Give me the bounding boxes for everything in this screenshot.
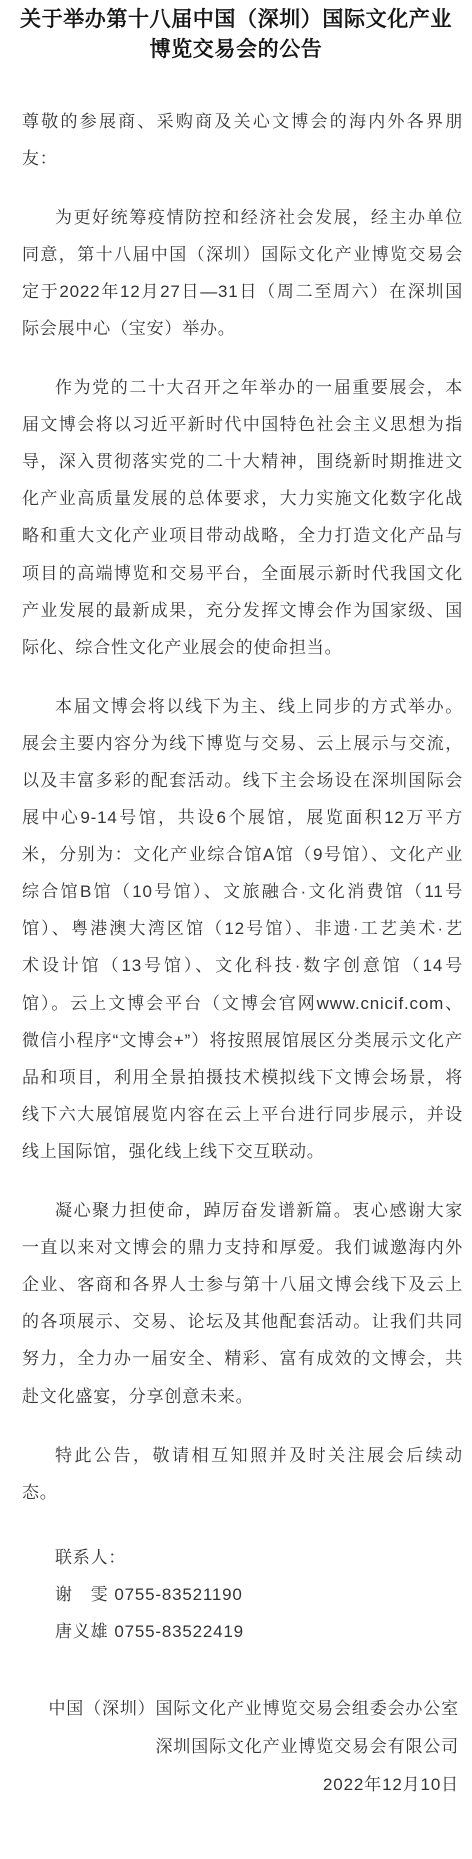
text-line: 展会主要内容分为线下博览与交易、云上展示与交流， bbox=[22, 725, 463, 762]
text-line: 友： bbox=[22, 140, 463, 177]
title-line: 关于举办第十八届中国（深圳）国际文化产业 bbox=[0, 5, 472, 35]
text-line: 略和重大文化产业项目带动战略，全力打造文化产品与 bbox=[22, 517, 463, 554]
contacts-label: 联系人： bbox=[55, 1539, 463, 1576]
text-line: 的各项展示、交易、论坛及其他配套活动。让我们共同 bbox=[22, 1303, 463, 1340]
text-line: 馆）、粤港澳大湾区馆（12号馆）、非遗·工艺美术·艺 bbox=[22, 910, 463, 947]
announcement-page: 关于举办第十八届中国（深圳）国际文化产业 博览交易会的公告 尊敬的参展商、采购商… bbox=[0, 0, 472, 1859]
salutation: 尊敬的参展商、采购商及关心文博会的海内外各界朋 友： bbox=[22, 103, 463, 177]
signature-company: 深圳国际文化产业博览交易会有限公司 bbox=[22, 1728, 459, 1766]
paragraph-format-and-halls: 本届文博会将以线下为主、线上同步的方式举办。 展会主要内容分为线下博览与交易、云… bbox=[22, 688, 463, 1170]
text-line: 努力，全力办一届安全、精彩、富有成效的文博会，共 bbox=[22, 1340, 463, 1377]
contact-row: 唐义雄0755-83522419 bbox=[55, 1613, 463, 1650]
text-line: 项目的高端博览和交易平台，全面展示新时代我国文化 bbox=[22, 555, 463, 592]
text-line: 线下六大展馆展览内容在云上平台进行同步展示，并设 bbox=[22, 1096, 463, 1133]
text-line: 定于2022年12月27日—31日（周二至周六）在深圳国 bbox=[22, 273, 463, 310]
signature-date: 2022年12月10日 bbox=[22, 1766, 459, 1804]
text-line: 微信小程序“文博会+”）将按照展馆展区分类展示文化产 bbox=[22, 1022, 463, 1059]
contact-phone: 0755-83521190 bbox=[114, 1585, 242, 1604]
title-line: 博览交易会的公告 bbox=[0, 35, 472, 65]
text-line: 同意，第十八届中国（深圳）国际文化产业博览交易会 bbox=[22, 236, 463, 273]
text-line: 产业发展的最新成果，充分发挥文博会作为国家级、国 bbox=[22, 592, 463, 629]
text-line: 凝心聚力担使命，踔厉奋发谱新篇。衷心感谢大家 bbox=[22, 1192, 463, 1229]
text-line: 化产业高质量发展的总体要求，大力实施文化数字化战 bbox=[22, 480, 463, 517]
contact-name: 唐义雄 bbox=[55, 1622, 108, 1641]
text-line: 际化、综合性文化产业展会的使命担当。 bbox=[22, 629, 463, 666]
paragraph-invitation: 凝心聚力担使命，踔厉奋发谱新篇。衷心感谢大家 一直以来对文博会的鼎力支持和厚爱。… bbox=[22, 1192, 463, 1415]
text-line: 企业、客商和各界人士参与第十八届文博会线下及云上 bbox=[22, 1266, 463, 1303]
text-line: 线上国际馆，强化线上线下交互联动。 bbox=[22, 1133, 463, 1170]
contact-phone: 0755-83522419 bbox=[114, 1622, 244, 1641]
contacts-block: 联系人： 谢 雯0755-83521190 唐义雄0755-83522419 bbox=[22, 1539, 463, 1650]
text-line: 综合馆B馆（10号馆）、文旅融合·文化消费馆（11号 bbox=[22, 873, 463, 910]
text-line: 尊敬的参展商、采购商及关心文博会的海内外各界朋 bbox=[22, 103, 463, 140]
text-line: 本届文博会将以线下为主、线上同步的方式举办。 bbox=[22, 688, 463, 725]
text-line: 米，分别为：文化产业综合馆A馆（9号馆）、文化产业 bbox=[22, 836, 463, 873]
text-line: 导，深入贯彻落实党的二十大精神，围绕新时期推进文 bbox=[22, 443, 463, 480]
text-line: 际会展中心（宝安）举办。 bbox=[22, 310, 463, 347]
text-line: 作为党的二十大召开之年举办的一届重要展会，本 bbox=[22, 369, 463, 406]
text-line: 特此公告，敬请相互知照并及时关注展会后续动 bbox=[22, 1437, 463, 1474]
text-line: 术设计馆（13号馆）、文化科技·数字创意馆（14号 bbox=[22, 947, 463, 984]
signature-organizer: 中国（深圳）国际文化产业博览交易会组委会办公室 bbox=[22, 1690, 459, 1728]
text-line: 一直以来对文博会的鼎力支持和厚爱。我们诚邀海内外 bbox=[22, 1229, 463, 1266]
paragraph-closing: 特此公告，敬请相互知照并及时关注展会后续动 态。 bbox=[22, 1437, 463, 1511]
text-line: 届文博会将以习近平新时代中国特色社会主义思想为指 bbox=[22, 406, 463, 443]
signature-block: 中国（深圳）国际文化产业博览交易会组委会办公室 深圳国际文化产业博览交易会有限公… bbox=[22, 1690, 463, 1803]
paragraph-schedule: 为更好统筹疫情防控和经济社会发展，经主办单位 同意，第十八届中国（深圳）国际文化… bbox=[22, 199, 463, 347]
article-body: 尊敬的参展商、采购商及关心文博会的海内外各界朋 友： 为更好统筹疫情防控和经济社… bbox=[22, 103, 463, 1804]
article-title: 关于举办第十八届中国（深圳）国际文化产业 博览交易会的公告 bbox=[0, 0, 472, 65]
text-line: 赴文化盛宴，分享创意未来。 bbox=[22, 1378, 463, 1415]
text-line: 态。 bbox=[22, 1474, 463, 1511]
text-line: 展中心9-14号馆，共设6个展馆，展览面积12万平方 bbox=[22, 799, 463, 836]
contact-name: 谢 雯 bbox=[55, 1585, 108, 1604]
paragraph-theme: 作为党的二十大召开之年举办的一届重要展会，本 届文博会将以习近平新时代中国特色社… bbox=[22, 369, 463, 666]
text-line: 为更好统筹疫情防控和经济社会发展，经主办单位 bbox=[22, 199, 463, 236]
contact-row: 谢 雯0755-83521190 bbox=[55, 1576, 463, 1613]
text-line: 品和项目，利用全景拍摄技术模拟线下文博会场景，将 bbox=[22, 1059, 463, 1096]
text-line: 馆）。云上文博会平台（文博会官网www.cnicif.com、 bbox=[22, 985, 463, 1022]
text-line: 以及丰富多彩的配套活动。线下主会场设在深圳国际会 bbox=[22, 762, 463, 799]
